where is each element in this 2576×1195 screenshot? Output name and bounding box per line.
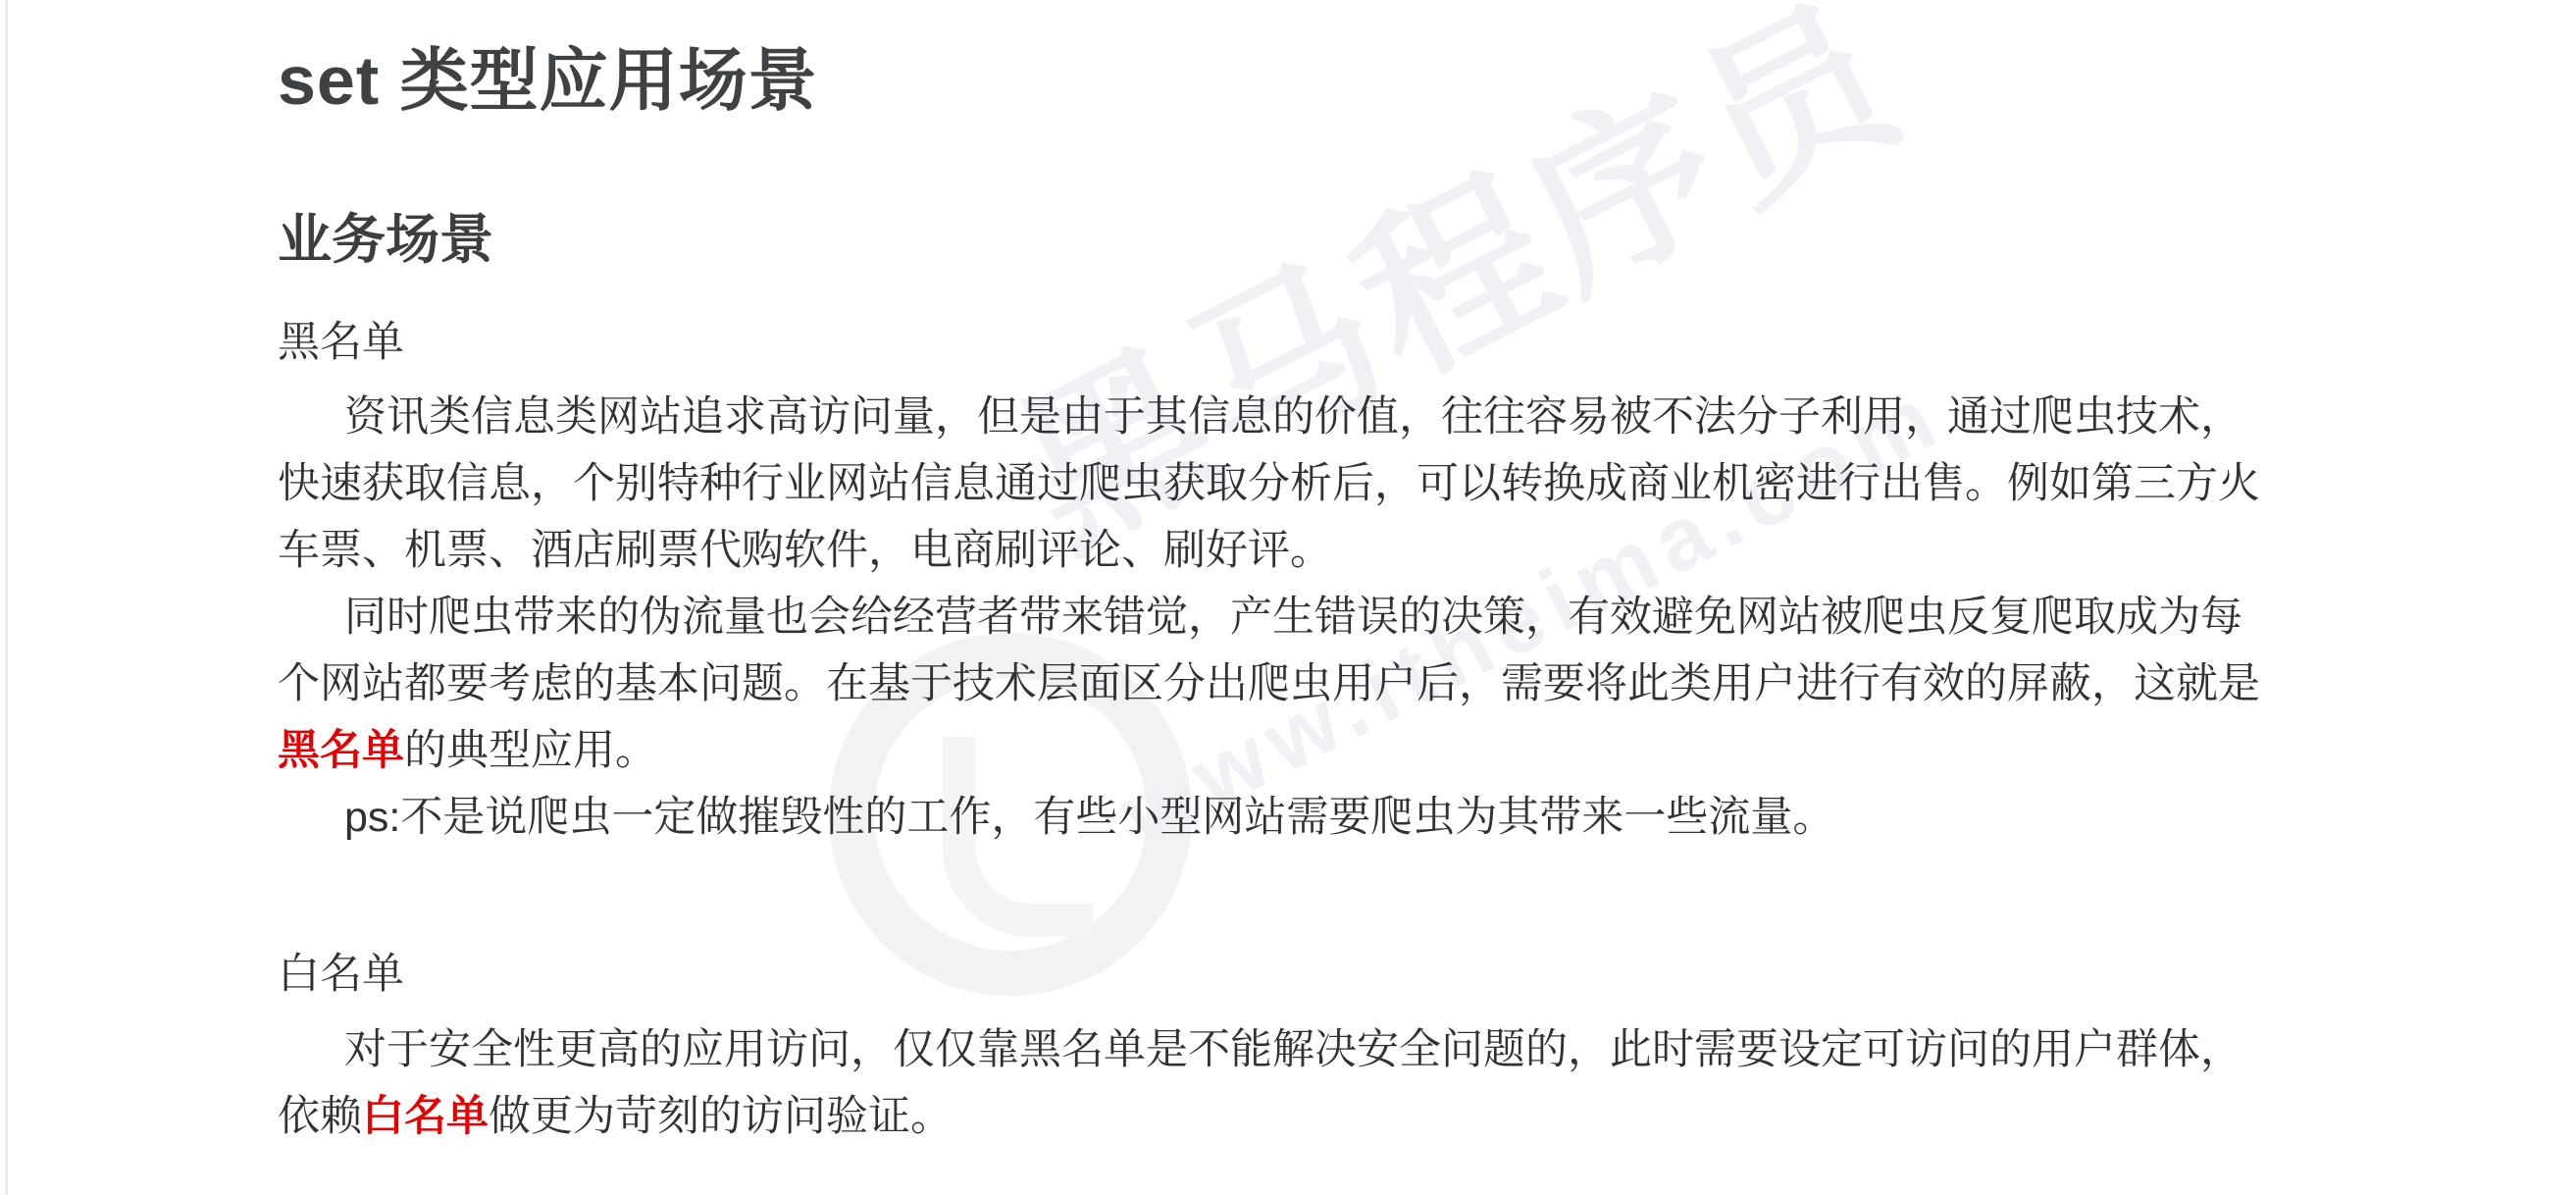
text-segment: 依赖: [278, 1093, 362, 1140]
text-segment: 快速获取信息，个别特种行业网站信息通过爬虫获取分析后，可以转换成商业机密进行出售…: [278, 460, 2260, 507]
text-line: 资讯类信息类网站追求高访问量，但是由于其信息的价值，往往容易被不法分子利用，通过…: [278, 384, 2156, 450]
highlight-red-text: 白名单: [362, 1093, 489, 1140]
blacklist-label: 黑名单: [278, 309, 2156, 376]
text-line: 车票、机票、酒店刷票代购软件，电商刷评论、刷好评。: [278, 517, 2156, 584]
text-line: 对于安全性更高的应用访问，仅仅靠黑名单是不能解决安全问题的，此时需要设定可访问的…: [278, 1016, 2156, 1083]
text-segment: 同时爬虫带来的伪流量也会给经营者带来错觉，产生错误的决策，有效避免网站被爬虫反复…: [344, 594, 2242, 641]
document-body: set 类型应用场景 业务场景 黑名单 资讯类信息类网站追求高访问量，但是由于其…: [278, 39, 2156, 1150]
section-heading: 业务场景: [278, 207, 2156, 272]
text-segment: 车票、机票、酒店刷票代购软件，电商刷评论、刷好评。: [278, 527, 1332, 574]
text-segment: ps:不是说爬虫一定做摧毁性的工作，有些小型网站需要爬虫为其带来一些流量。: [344, 794, 1834, 841]
whitelist-paragraph: 对于安全性更高的应用访问，仅仅靠黑名单是不能解决安全问题的，此时需要设定可访问的…: [278, 1016, 2156, 1150]
highlight-red-text: 黑名单: [278, 727, 404, 774]
text-line: 黑名单的典型应用。: [278, 717, 2156, 784]
page-left-edge-line: [5, 0, 8, 1195]
text-segment: 的典型应用。: [404, 727, 657, 774]
text-segment: 资讯类信息类网站追求高访问量，但是由于其信息的价值，往往容易被不法分子利用，通过…: [344, 393, 2242, 441]
text-line: ps:不是说爬虫一定做摧毁性的工作，有些小型网站需要爬虫为其带来一些流量。: [278, 784, 2156, 851]
watermark-tm-mark: TM: [1837, 0, 1935, 8]
text-line: 个网站都要考虑的基本问题。在基于技术层面区分出爬虫用户后，需要将此类用户进行有效…: [278, 650, 2156, 717]
text-line: 同时爬虫带来的伪流量也会给经营者带来错觉，产生错误的决策，有效避免网站被爬虫反复…: [278, 584, 2156, 650]
whitelist-label: 白名单: [278, 941, 2156, 1008]
page-title: set 类型应用场景: [278, 39, 2156, 122]
text-line: 快速获取信息，个别特种行业网站信息通过爬虫获取分析后，可以转换成商业机密进行出售…: [278, 450, 2156, 517]
text-segment: 对于安全性更高的应用访问，仅仅靠黑名单是不能解决安全问题的，此时需要设定可访问的…: [344, 1026, 2242, 1073]
blacklist-paragraph: 资讯类信息类网站追求高访问量，但是由于其信息的价值，往往容易被不法分子利用，通过…: [278, 384, 2156, 851]
text-segment: 做更为苛刻的访问验证。: [489, 1093, 953, 1140]
text-line: 依赖白名单做更为苛刻的访问验证。: [278, 1083, 2156, 1150]
text-segment: 个网站都要考虑的基本问题。在基于技术层面区分出爬虫用户后，需要将此类用户进行有效…: [278, 660, 2260, 707]
